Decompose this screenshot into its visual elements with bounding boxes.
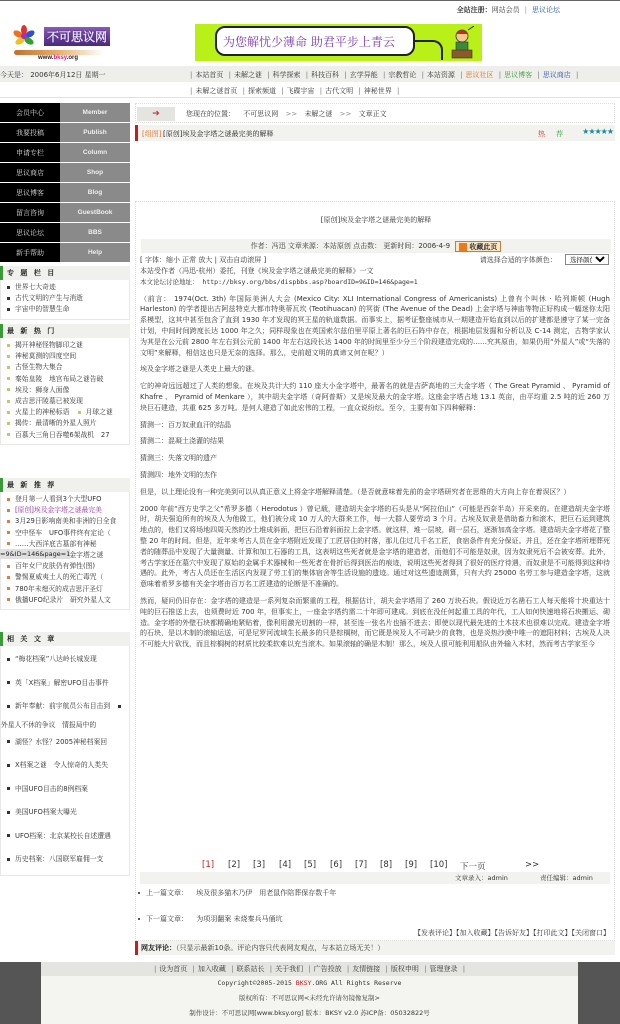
article-title: [原创]埃及金字塔之谜最完美的解释 (136, 215, 616, 225)
bookmark-button[interactable]: 收藏此页 (455, 241, 501, 252)
footer-admin-login[interactable]: 管理登录 (429, 965, 457, 973)
page-2[interactable]: [2] (228, 860, 240, 870)
related-item[interactable]: 中国UFO目击的8例档案 (1, 785, 88, 793)
logo-text: 不可思议网 (44, 27, 110, 46)
post-comment-link[interactable]: 【发表评论】 (414, 929, 456, 937)
related-item[interactable]: 湖怪？水怪？2005神秘档案回 (1, 738, 107, 746)
section-title: 最 新 推 荐 (0, 478, 130, 492)
footer-copyright[interactable]: 版权申明 (391, 965, 419, 973)
article-credits: 文章录入：admin 责任编辑：admin (140, 872, 610, 884)
header: 不可思议网 www.bksy.org 为您解忧少薄命 助君平步上青云 (0, 18, 620, 66)
next-page-link[interactable]: 下一页 (460, 860, 486, 872)
paragraph: 猜测四：地外文明的杰作 (140, 470, 610, 481)
hot-badge: 热 (538, 129, 545, 139)
recommend-item[interactable]: 空中怪车 UFO事件终有定论（ (1, 529, 111, 537)
recommend-item[interactable]: 百年女尸皮肤仍有弹性(图) (1, 562, 95, 570)
hot-item[interactable]: 古怪生物大集合 (1, 363, 63, 371)
nav-blog[interactable]: 思议博客 (504, 71, 532, 79)
paragraph: 但是，以上理论没有一种完美到可以从真正意义上将金字塔解释清楚。（是否就意味着先前… (140, 487, 610, 498)
recommend-item[interactable]: ……大西洋底古墓部有神秘 (1, 540, 97, 548)
close-window-link[interactable]: 【关闭窗口】 (572, 929, 611, 937)
url-tooltip: =9&ID=146&page=1 (0, 549, 70, 559)
recommend-item[interactable]: 俄播UFO纪录片 研究外星人文 (1, 596, 111, 604)
member-link[interactable]: 网站会员 (492, 6, 520, 14)
bookmark-icon (459, 243, 467, 251)
recommend-item[interactable]: 3月29日影响南美和非洲的日全食 (1, 517, 116, 525)
hot-item[interactable]: 月球之谜 (72, 408, 113, 416)
nav-community[interactable]: 思议社区 (466, 71, 494, 79)
nav-occult[interactable]: 玄学异能 (350, 71, 378, 79)
nav-tech[interactable]: 科技百科 (311, 71, 339, 79)
last-page-link[interactable]: >> (525, 860, 539, 870)
comments-header: 网友评论：（只显示最新10条。评论内容只代表网友观点，与本站立场无关！） (135, 941, 615, 955)
page-4[interactable]: [4] (279, 860, 291, 870)
page-6[interactable]: [6] (330, 860, 342, 870)
related-item[interactable]: 历史档案：八国联军雇佣一支 (1, 855, 103, 863)
cartoon-figure-icon (448, 26, 476, 59)
hot-item[interactable]: 神秘莫测的四度空间 (1, 352, 76, 360)
breadcrumb-current: 文章正文 (359, 110, 387, 118)
top-bar: 全站注册：网站会员|思议论坛 (0, 0, 620, 18)
next-article: 下一篇文章： 为项羽翻案 未烧秦兵马俑坑 (138, 914, 282, 924)
recommended-box: 最 新 推 荐 登月第一人看到3个大型UFO [原创]埃及金字塔之谜最完美 3月… (0, 478, 130, 610)
nav-shop[interactable]: 思议商店 (543, 71, 571, 79)
register-label: 全站注册： (457, 6, 492, 14)
article-title-bar: [组图] [原创]埃及金字塔之谜最完美的解释 热 荐 ★★★★★ (135, 125, 615, 141)
page-1[interactable]: [1] (202, 860, 214, 870)
paragraph: 猜测一：百万奴隶血汗的结晶 (140, 420, 610, 431)
subnav-explore[interactable]: 探索频道 (248, 87, 276, 95)
paragraph: 它的神奇远远超过了人类的想象。在埃及共计大约 110 座大小金字塔中，最著名的就… (140, 381, 610, 413)
breadcrumb-mysteries[interactable]: 未解之谜 (304, 110, 332, 118)
subnav-ancient[interactable]: 古代文明 (325, 87, 353, 95)
next-article-link[interactable]: 为项羽翻案 未烧秦兵马俑坑 (196, 915, 282, 923)
page-3[interactable]: [3] (253, 860, 265, 870)
page-7[interactable]: [7] (355, 860, 367, 870)
recommend-item-current[interactable]: [原创]埃及金字塔之谜最完美 (1, 506, 102, 514)
topic-item[interactable]: 古代文明的产生与消逝 (1, 294, 83, 302)
menu-help[interactable]: 新手帮助Help (0, 243, 130, 263)
hot-item[interactable]: 成吉思汗陵墓已被发现 (1, 397, 83, 405)
related-item[interactable]: 新年奉献：前宇航员公布目击到 (1, 702, 110, 710)
nav-science[interactable]: 科学探索 (273, 71, 301, 79)
ad-banner[interactable]: 为您解忧少薄命 助君平步上青云 (195, 24, 482, 61)
paragraph: （前言： 1974(Oct. 3th) 年国际美洲人大会 (Mexico Cit… (140, 294, 610, 359)
footer-contact[interactable]: 联系站长 (236, 965, 264, 973)
print-link[interactable]: 【打印此文】 (533, 929, 572, 937)
left-menu: 会员中心Member 我要投稿Publish 申请专栏Column 思议商店Sh… (0, 103, 130, 263)
article-body: 本站受作者（冯迅-杭州）委托，刊登《埃及金字塔之谜最完美的解释》一文 本文论坛讨… (140, 266, 610, 656)
breadcrumb: ➔ 您现在的位置： 不可思议网 >> 未解之谜 >> 文章正文 (135, 103, 615, 123)
related-item[interactable]: 英「X档案」解密UFO目击事件 (1, 679, 109, 687)
register-links: 全站注册：网站会员|思议论坛 (457, 5, 560, 15)
page-8[interactable]: [8] (380, 860, 392, 870)
menu-shop[interactable]: 思议商店Shop (0, 163, 130, 183)
arrow-icon: ➔ (137, 107, 175, 121)
subnav-mysteries-home[interactable]: 未解之谜首页 (195, 87, 237, 95)
section-title: 最 新 热 门 (0, 324, 130, 338)
article-meta: 作者：冯迅 文章来源：本站原创 点击数： 更新时间：2006-4-9 收藏此页 (141, 239, 611, 253)
page-5[interactable]: [5] (304, 860, 316, 870)
recommend-item[interactable]: 警惕夏威夷土人的死亡毒咒（ (1, 573, 103, 581)
related-item[interactable]: 美国UFO档案大曝光 (1, 808, 77, 816)
paragraph: 2000 年前“西方史学之父”希罗多德（ Herodotus ）曾记载，建造胡夫… (140, 504, 610, 590)
hot-item[interactable]: 揭传：最清晰的外星人照片 (1, 419, 97, 427)
credits-line: 制作设计：不可思议网[www.bksy.org] 版本：BKSY v2.0 苏I… (41, 1006, 578, 1021)
sub-nav-links: |未解之谜首页 |探索频道 |飞碟宇宙 |古代文明 |神秘世界 | (187, 86, 402, 96)
forum-link[interactable]: 思议论坛 (532, 6, 560, 14)
page-10[interactable]: [10] (430, 860, 447, 870)
special-topics-box: 专 题 栏 目 世界七大奇迹 古代文明的产生与消逝 宇宙中的智慧生命 (0, 266, 130, 320)
menu-publish[interactable]: 我要投稿Publish (0, 123, 130, 143)
paragraph: 然而，疑问仍旧存在：金字塔的建造是一系列复杂而繁重的工程，根据估计，胡夫金字塔用… (140, 596, 610, 650)
subnav-mystery-world[interactable]: 神秘世界 (364, 87, 392, 95)
menu-guestbook[interactable]: 留言咨询GuestBook (0, 203, 130, 223)
related-item[interactable]: X档案之谜 令人惊奇的人类失 (1, 761, 108, 769)
copyright-line: Copyright©2005-2015 BKSY.ORG All Rights … (41, 976, 578, 991)
banner-text: 为您解忧少薄命 助君平步上青云 (223, 33, 395, 50)
comments-note: （只显示最新10条。评论内容只代表网友观点，与本站立场无关！） (176, 944, 384, 952)
breadcrumb-label: 您现在的位置： (186, 110, 235, 118)
nav-religion[interactable]: 宗教哲论 (388, 71, 416, 79)
breadcrumb-home[interactable]: 不可思议网 (243, 110, 278, 118)
nav-resources[interactable]: 本站资源 (427, 71, 455, 79)
title-bar-text: [原创]埃及金字塔之谜最完美的解释 (163, 129, 273, 139)
related-articles-box: 相 关 文 章 “梅花档案”八达岭长城发现 英「X档案」解密UFO目击事件 新年… (0, 632, 130, 876)
topic-item[interactable]: 宇宙中的智慧生命 (1, 305, 69, 313)
footer: |设为首页 |加入收藏 |联系站长 |关于我们 |广告投放 |友情链接 |版权申… (41, 962, 578, 1024)
editor: 责任编辑：admin (540, 872, 593, 884)
main-nav-links: |本站首页 |未解之谜 |科学探索 |科技百科 |玄学异能 |宗教哲论 |本站资… (187, 70, 581, 80)
font-color-picker: 请选择合适的字体颜色： 选择颜色 (480, 254, 609, 265)
footer-friend-links[interactable]: 友情链接 (352, 965, 380, 973)
font-color-select[interactable]: 选择颜色 (565, 254, 609, 265)
photo-tag: [组图] (142, 129, 161, 139)
page-9[interactable]: [9] (405, 860, 417, 870)
recommend-item[interactable]: 780年未熄灭的成吉思汗圣灯 (1, 585, 103, 593)
recorder: 文章录入：admin (455, 872, 508, 884)
nav-mysteries[interactable]: 未解之谜 (234, 71, 262, 79)
recommend-badge: 荐 (556, 129, 563, 139)
menu-member[interactable]: 会员中心Member (0, 103, 130, 123)
site-logo[interactable]: 不可思议网 www.bksy.org (6, 22, 116, 62)
paragraph: 埃及金字塔之谜是人类史上最大的谜。 (140, 364, 610, 375)
hot-item[interactable]: 百慕大三角日吞噬6架战机 27 (1, 431, 110, 439)
section-title: 专 题 栏 目 (0, 266, 130, 280)
prev-article: 上一篇文章： 埃及很多猫木乃伊 用老鼠作陪葬保存数千年 (138, 888, 336, 898)
subnav-ufo[interactable]: 飞碟宇宙 (287, 87, 315, 95)
footer-about[interactable]: 关于我们 (275, 965, 303, 973)
add-favorite-link[interactable]: 【加入收藏】 (456, 929, 495, 937)
prev-article-link[interactable]: 埃及很多猫木乃伊 用老鼠作陪葬保存数千年 (196, 889, 336, 897)
sub-nav: |未解之谜首页 |探索频道 |飞碟宇宙 |古代文明 |神秘世界 | (0, 82, 620, 98)
paragraph: 猜测三：失落文明的遗产 (140, 453, 610, 464)
paragraph: 本站受作者（冯迅-杭州）委托，刊登《埃及金字塔之谜最完美的解释》一文 (140, 266, 610, 277)
flower-logo-icon (12, 24, 36, 48)
section-title: 相 关 文 章 (0, 632, 130, 646)
current-date: 今天是： 2006年6月12日 星期一 (0, 70, 106, 80)
related-item[interactable]: “梅花档案”八达岭长城发现 (1, 655, 97, 663)
nav-home[interactable]: 本站首页 (195, 71, 223, 79)
font-tools[interactable]: [ 字体：缩小 正常 放大 | 双击自动滚屏 ] (140, 255, 266, 265)
paragraph: 本文论坛讨论地址： http://bksy.org/bbs/dispbbs.as… (140, 277, 610, 288)
article-box: [原创]埃及金字塔之谜最完美的解释 作者：冯迅 文章来源：本站原创 点击数： 更… (135, 201, 615, 941)
hot-item[interactable]: 揭开神秘怪物脚印之谜 (1, 341, 83, 349)
paragraph: 猜测二：混凝土浇灌的结果 (140, 436, 610, 447)
hot-item[interactable]: 火星上的神秘标语 (1, 408, 69, 416)
rating-stars: ★★★★★ (582, 127, 613, 136)
rights-line: 版权所有：不可思议网<未经允许请勿镜像复制> (41, 991, 578, 1006)
related-item[interactable]: UFO档案：北京某校长自述遭遇 (1, 832, 111, 840)
banner-cord (413, 40, 443, 60)
footer-links: |设为首页 |加入收藏 |联系站长 |关于我们 |广告投放 |友情链接 |版权申… (41, 962, 578, 976)
tell-friend-link[interactable]: 【告诉好友】 (495, 929, 534, 937)
footer-add-favorite[interactable]: 加入收藏 (198, 965, 226, 973)
main-nav: 今天是： 2006年6月12日 星期一 |本站首页 |未解之谜 |科学探索 |科… (0, 66, 620, 82)
hot-item[interactable]: 埃及：狮身人面像 (1, 386, 69, 394)
footer-set-home[interactable]: 设为首页 (159, 965, 187, 973)
topic-item[interactable]: 世界七大奇迹 (1, 283, 56, 291)
recommend-item[interactable]: 登月第一人看到3个大型UFO (1, 495, 102, 503)
comments-label: 网友评论： (141, 944, 176, 952)
menu-bbs[interactable]: 思议论坛BBS (0, 223, 130, 243)
menu-column[interactable]: 申请专栏Column (0, 143, 130, 163)
article-actions: 【发表评论】【加入收藏】【告诉好友】【打印此文】【关闭窗口】 (414, 928, 610, 938)
hot-articles-box: 最 新 热 门 揭开神秘怪物脚印之谜 神秘莫测的四度空间 古怪生物大集合 秦始皇… (0, 324, 130, 445)
footer-ads[interactable]: 广告投放 (314, 965, 342, 973)
logo-url: www.bksy.org (38, 55, 78, 61)
divider: | (525, 6, 527, 14)
menu-blog[interactable]: 思议博客Blog (0, 183, 130, 203)
hot-item[interactable]: 秦始皇陵 地宫布局之谜告破 (1, 375, 103, 383)
